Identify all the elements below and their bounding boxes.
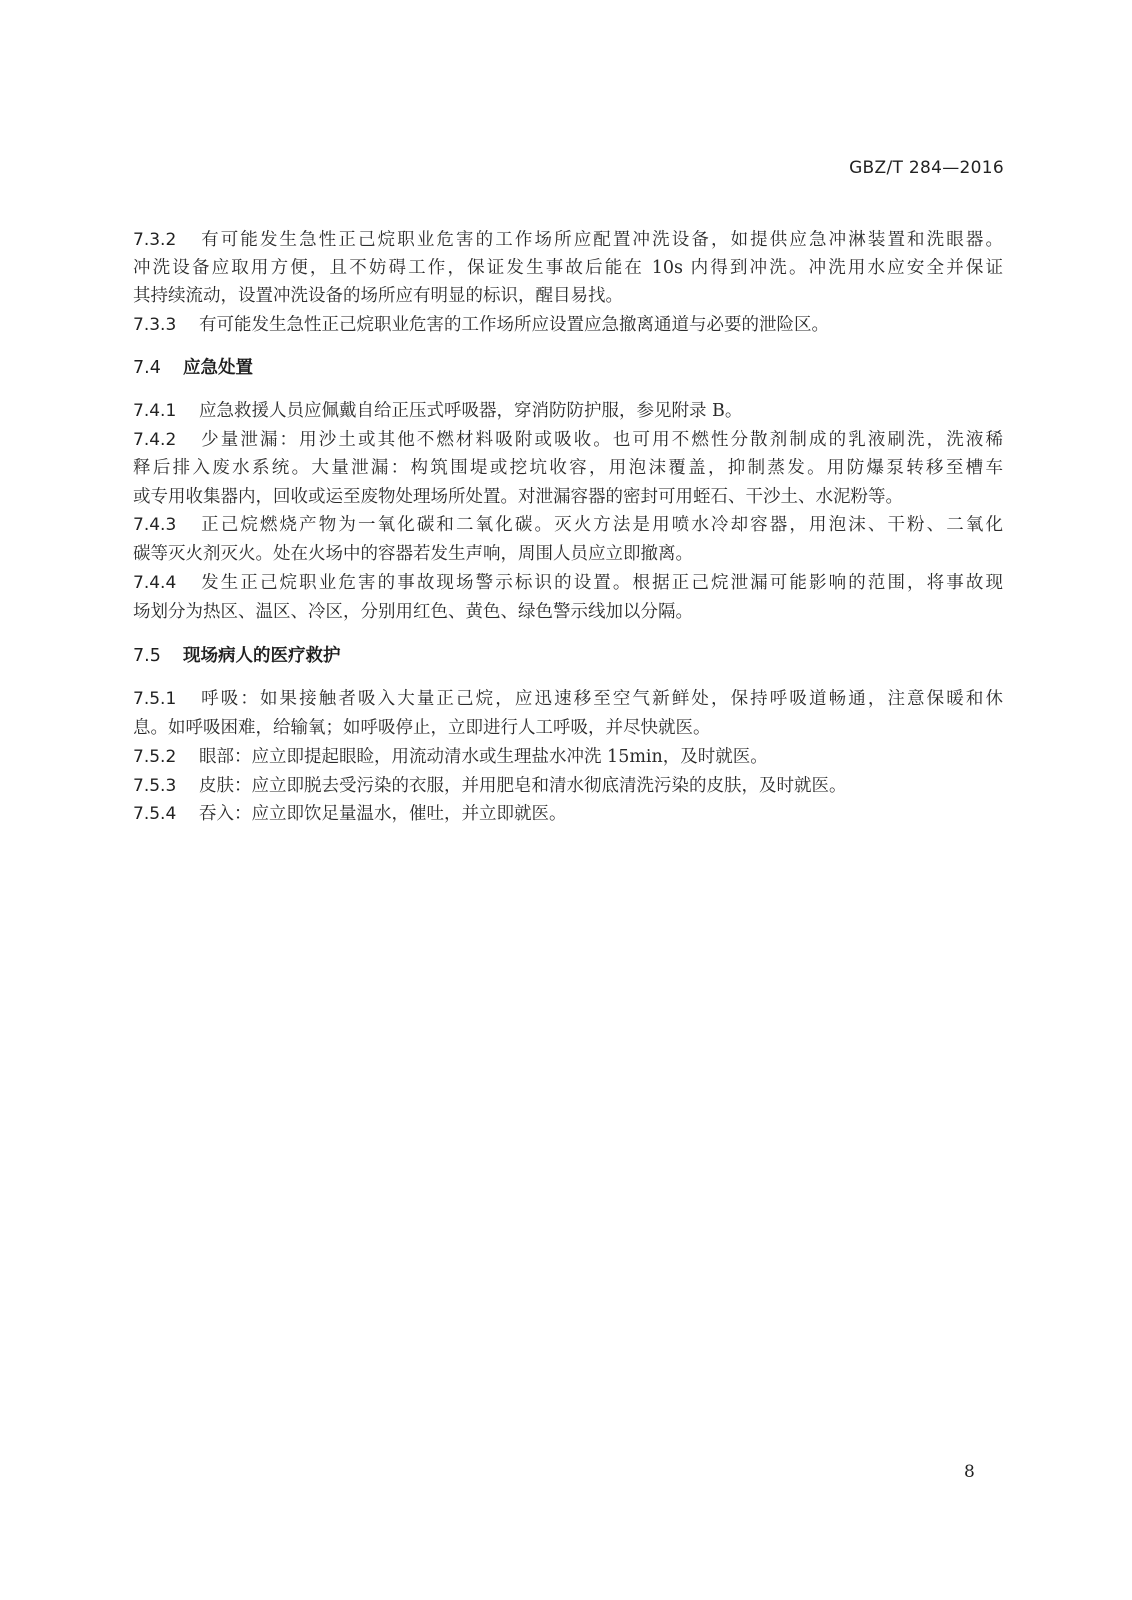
clause-number: 7.4.4	[133, 569, 199, 597]
clause-text: 呼吸：如果接触者吸入大量正己烷，应迅速移至空气新鲜处，保持呼吸道畅通，注意保暖和…	[199, 689, 1003, 709]
clause-7-5-2: 7.5.2眼部：应立即提起眼睑，用流动清水或生理盐水冲洗 15min，及时就医。	[133, 743, 1003, 771]
clause-text: 眼部：应立即提起眼睑，用流动清水或生理盐水冲洗 15min，及时就医。	[199, 747, 768, 767]
clause-number: 7.4.1	[133, 397, 199, 425]
clause-7-4-4: 7.4.4发生正己烷职业危害的事故现场警示标识的设置。根据正己烷泄漏可能影响的范…	[133, 569, 1003, 597]
clause-7-5-1-line-2: 息。如呼吸困难，给输氧；如呼吸停止，立即进行人工呼吸，并尽快就医。	[133, 714, 1003, 742]
clause-text: 发生正己烷职业危害的事故现场警示标识的设置。根据正己烷泄漏可能影响的范围，将事故…	[199, 573, 1003, 593]
standard-code-header: GBZ/T 284—2016	[849, 158, 1004, 178]
clause-7-4-2-line-3: 或专用收集器内，回收或运至废物处理场所处置。对泄漏容器的密封可用蛭石、干沙土、水…	[133, 483, 1003, 511]
clause-7-3-3: 7.3.3有可能发生急性正己烷职业危害的工作场所应设置应急撤离通道与必要的泄险区…	[133, 311, 1003, 339]
section-heading-7-4: 7.4应急处置	[133, 354, 253, 382]
section-number: 7.4	[133, 354, 183, 382]
clause-number: 7.5.4	[133, 800, 199, 828]
clause-7-3-2: 7.3.2有可能发生急性正己烷职业危害的工作场所应配置冲洗设备，如提供应急冲淋装…	[133, 226, 1003, 254]
page-number: 8	[964, 1462, 975, 1482]
clause-7-3-2-line-3: 其持续流动，设置冲洗设备的场所应有明显的标识，醒目易找。	[133, 282, 1003, 310]
clause-7-4-4-line-2: 场划分为热区、温区、冷区，分别用红色、黄色、绿色警示线加以分隔。	[133, 598, 1003, 626]
clause-7-4-3: 7.4.3正己烷燃烧产物为一氧化碳和二氧化碳。灭火方法是用喷水冷却容器，用泡沫、…	[133, 511, 1003, 539]
clause-7-5-3: 7.5.3皮肤：应立即脱去受污染的衣服，并用肥皂和清水彻底清洗污染的皮肤，及时就…	[133, 772, 1003, 800]
clause-7-4-2: 7.4.2少量泄漏：用沙土或其他不燃材料吸附或吸收。也可用不燃性分散剂制成的乳液…	[133, 426, 1003, 454]
clause-number: 7.4.3	[133, 511, 199, 539]
clause-7-4-3-line-2: 碳等灭火剂灭火。处在火场中的容器若发生声响，周围人员应立即撤离。	[133, 540, 1003, 568]
clause-text: 正己烷燃烧产物为一氧化碳和二氧化碳。灭火方法是用喷水冷却容器，用泡沫、干粉、二氧…	[199, 515, 1003, 535]
clause-number: 7.3.3	[133, 311, 199, 339]
clause-7-3-2-line-2: 冲洗设备应取用方便，且不妨碍工作，保证发生事故后能在 10s 内得到冲洗。冲洗用…	[133, 254, 1003, 282]
clause-number: 7.4.2	[133, 426, 199, 454]
section-number: 7.5	[133, 642, 183, 670]
clause-text: 有可能发生急性正己烷职业危害的工作场所应设置应急撤离通道与必要的泄险区。	[199, 315, 829, 335]
clause-text: 吞入：应立即饮足量温水，催吐，并立即就医。	[199, 804, 567, 824]
section-title: 现场病人的医疗救护	[183, 646, 341, 666]
clause-text: 少量泄漏：用沙土或其他不燃材料吸附或吸收。也可用不燃性分散剂制成的乳液刷洗，洗液…	[199, 430, 1003, 450]
section-title: 应急处置	[183, 358, 253, 378]
clause-text: 应急救援人员应佩戴自给正压式呼吸器，穿消防防护服，参见附录 B。	[199, 401, 742, 421]
clause-text: 有可能发生急性正己烷职业危害的工作场所应配置冲洗设备，如提供应急冲淋装置和洗眼器…	[199, 230, 1003, 250]
clause-7-5-4: 7.5.4吞入：应立即饮足量温水，催吐，并立即就医。	[133, 800, 1003, 828]
clause-7-5-1: 7.5.1呼吸：如果接触者吸入大量正己烷，应迅速移至空气新鲜处，保持呼吸道畅通，…	[133, 685, 1003, 713]
clause-text: 皮肤：应立即脱去受污染的衣服，并用肥皂和清水彻底清洗污染的皮肤，及时就医。	[199, 776, 847, 796]
clause-number: 7.5.2	[133, 743, 199, 771]
clause-number: 7.3.2	[133, 226, 199, 254]
clause-7-4-1: 7.4.1应急救援人员应佩戴自给正压式呼吸器，穿消防防护服，参见附录 B。	[133, 397, 1003, 425]
clause-number: 7.5.1	[133, 685, 199, 713]
clause-7-4-2-line-2: 释后排入废水系统。大量泄漏：构筑围堤或挖坑收容，用泡沫覆盖，抑制蒸发。用防爆泵转…	[133, 454, 1003, 482]
section-heading-7-5: 7.5现场病人的医疗救护	[133, 642, 341, 670]
clause-number: 7.5.3	[133, 772, 199, 800]
